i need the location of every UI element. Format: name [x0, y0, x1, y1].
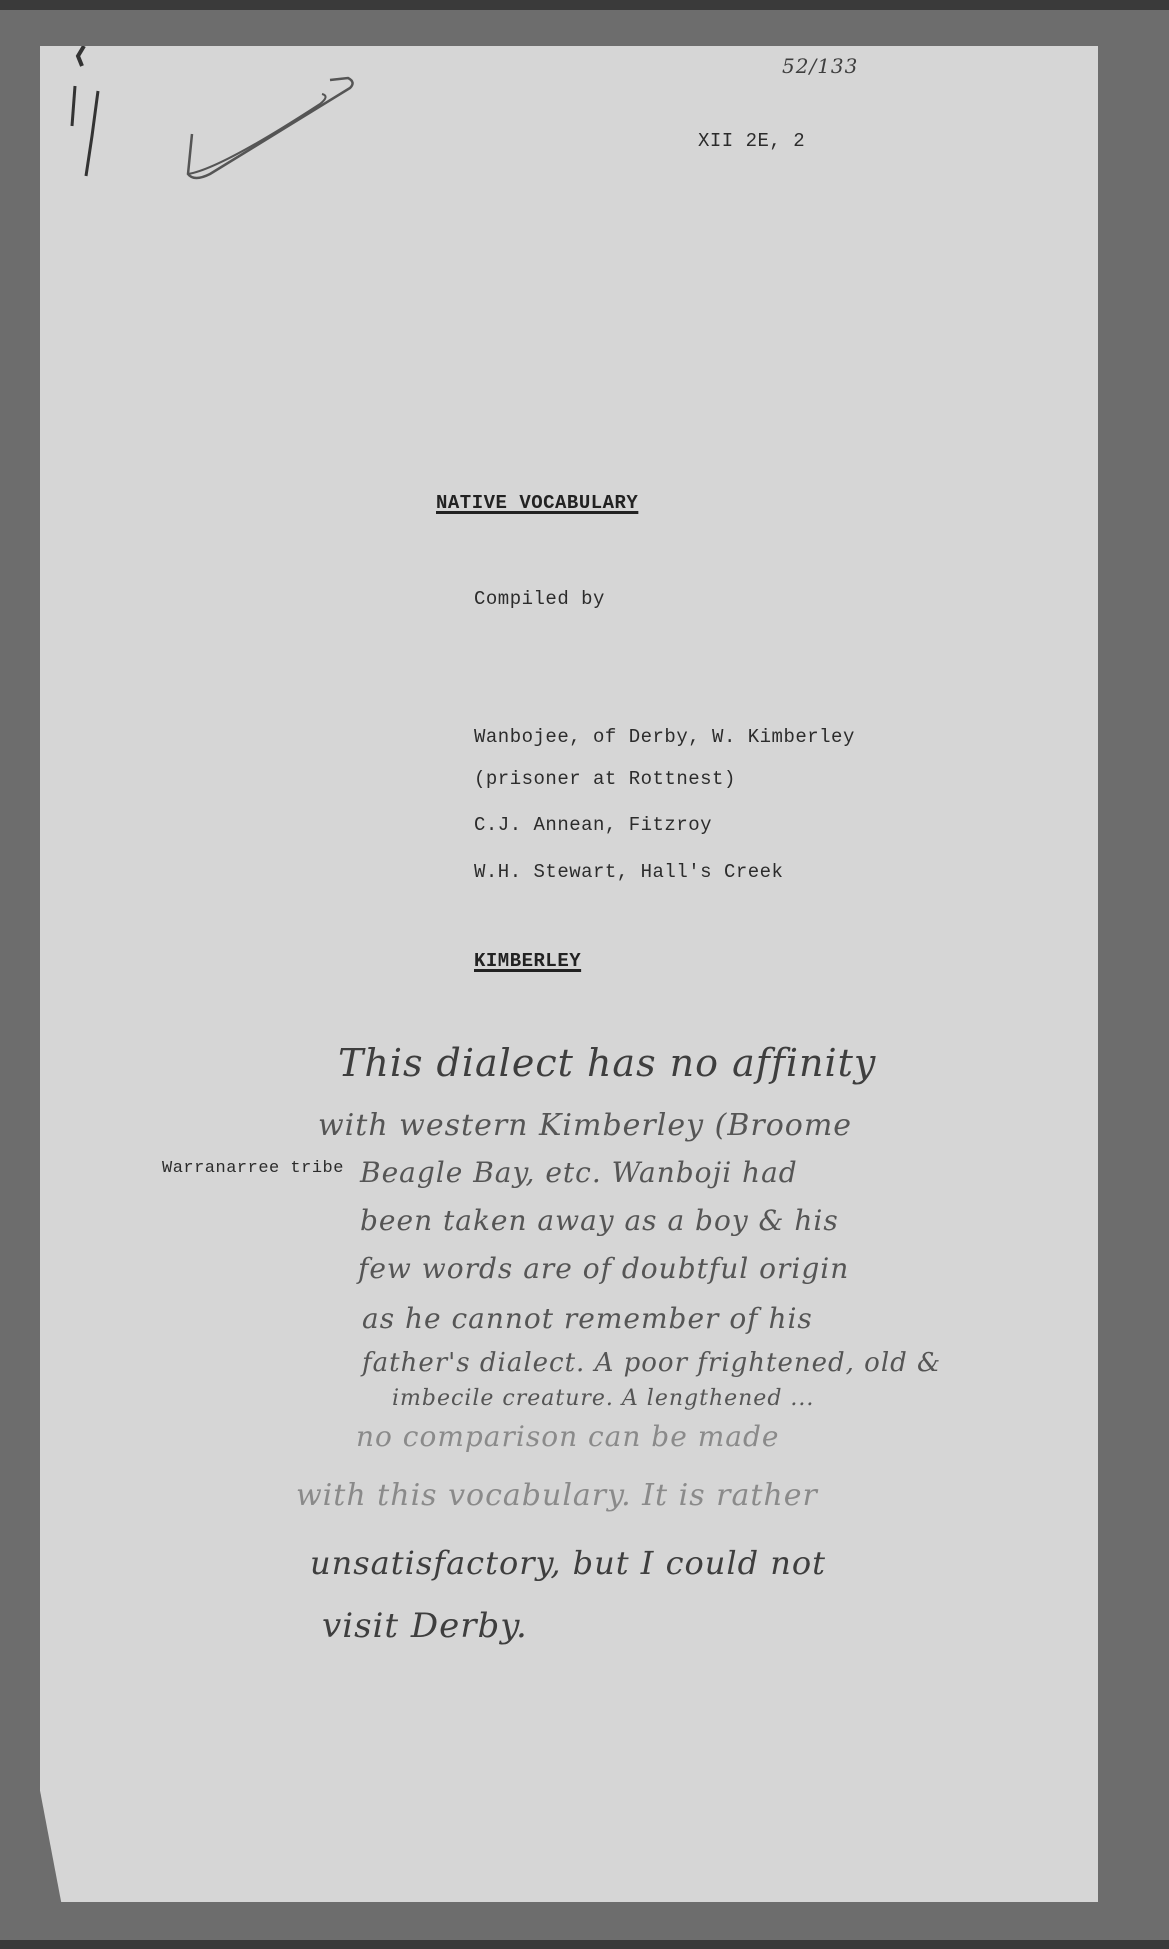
handwritten-note-line-6: as he cannot remember of his: [362, 1302, 813, 1335]
compiler-1-note: (prisoner at Rottnest): [474, 768, 736, 790]
handwritten-note-line-2: with western Kimberley (Broome: [318, 1108, 852, 1143]
region-heading: KIMBERLEY: [474, 950, 581, 972]
check-mark-icon: [180, 74, 360, 194]
handwritten-note-line-8: imbecile creature. A lengthened ...: [392, 1386, 814, 1411]
document-page: 52/133 XII 2E, 2 NATIVE VOCABULARY Compi…: [40, 46, 1098, 1902]
compiled-by-label: Compiled by: [474, 588, 605, 610]
compiler-1: Wanbojee, of Derby, W. Kimberley: [474, 726, 855, 748]
compiler-3: W.H. Stewart, Hall's Creek: [474, 861, 783, 883]
compiler-2: C.J. Annean, Fitzroy: [474, 814, 712, 836]
folio-number: 52/133: [782, 54, 858, 78]
document-title: NATIVE VOCABULARY: [436, 492, 638, 514]
handwritten-note-line-4: been taken away as a boy & his: [360, 1204, 839, 1237]
handwritten-note-line-12: visit Derby.: [322, 1606, 528, 1646]
handwritten-note-line-3: Beagle Bay, etc. Wanboji had: [360, 1156, 798, 1189]
scan-border-top: [0, 0, 1169, 10]
handwritten-note-line-11: unsatisfactory, but I could not: [310, 1544, 826, 1582]
handwritten-note-line-9: no comparison can be made: [356, 1420, 779, 1453]
handwritten-note-line-10: with this vocabulary. It is rather: [296, 1478, 818, 1513]
corner-ink-mark-icon: [70, 46, 150, 186]
handwritten-note-line-1: This dialect has no affinity: [338, 1041, 876, 1085]
handwritten-note-line-7: father's dialect. A poor frightened, old…: [362, 1348, 941, 1378]
reference-code: XII 2E, 2: [698, 130, 805, 152]
handwritten-note-line-5: few words are of doubtful origin: [358, 1252, 849, 1285]
tribe-label: Warranarree tribe: [162, 1159, 344, 1178]
scan-border-bottom: [0, 1940, 1169, 1949]
